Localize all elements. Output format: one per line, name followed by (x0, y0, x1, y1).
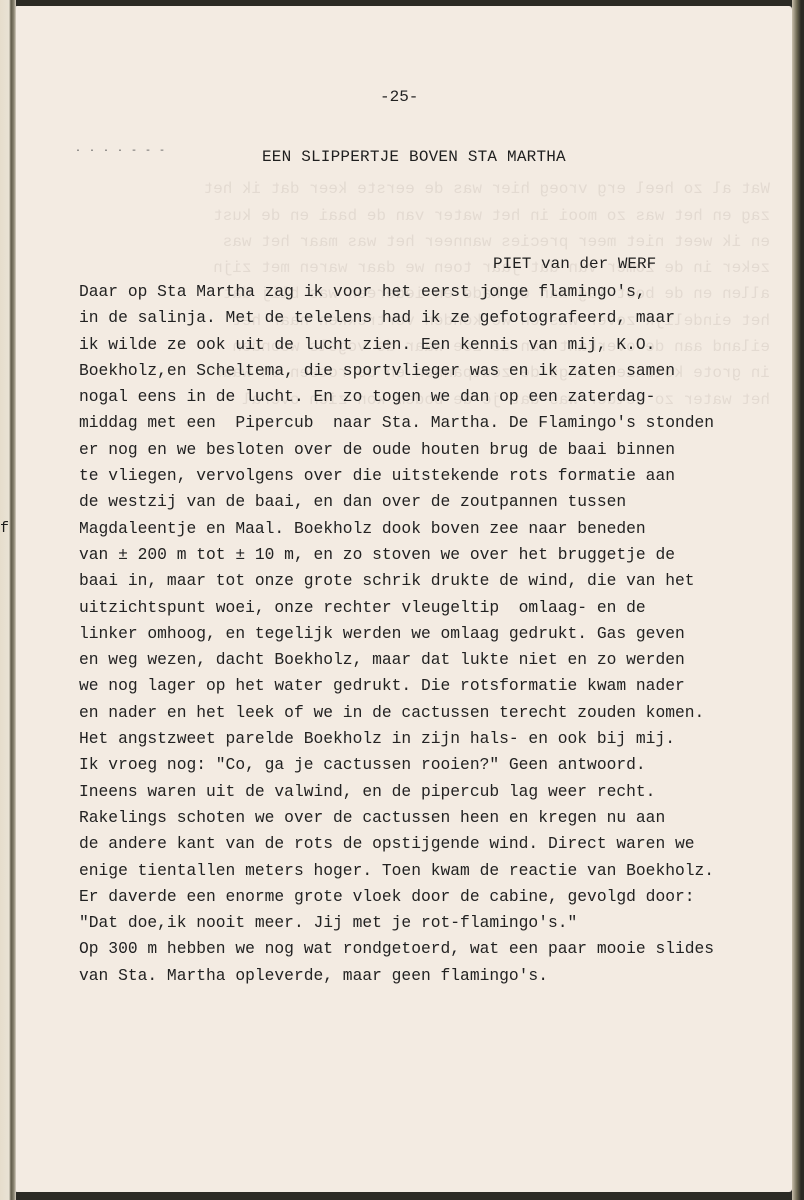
body-line: uitzichtspunt woei, onze rechter vleugel… (79, 595, 779, 621)
faint-dotted-mark: · · · · - - - (75, 146, 166, 157)
body-line: baai in, maar tot onze grote schrik druk… (79, 568, 779, 594)
body-line: de andere kant van de rots de opstijgend… (79, 831, 779, 857)
body-line: de westzij van de baai, en dan over de z… (79, 489, 779, 515)
body-line: Er daverde een enorme grote vloek door d… (79, 884, 779, 910)
body-line: en nader en het leek of we in de cactuss… (79, 700, 779, 726)
body-line: van Sta. Martha opleverde, maar geen fla… (79, 963, 779, 989)
body-line: Op 300 m hebben we nog wat rondgetoerd, … (79, 936, 779, 962)
body-line: Magdaleentje en Maal. Boekholz dook bove… (79, 516, 779, 542)
body-line: Ik vroeg nog: "Co, ga je cactussen rooie… (79, 752, 779, 778)
body-line: enige tientallen meters hoger. Toen kwam… (79, 858, 779, 884)
body-line: Boekholz,en Scheltema, die sportvlieger … (79, 358, 779, 384)
article-author: PIET van der WERF (493, 255, 656, 273)
page-number: -25- (380, 88, 418, 106)
body-line: ik wilde ze ook uit de lucht zien. Een k… (79, 332, 779, 358)
article-title: EEN SLIPPERTJE BOVEN STA MARTHA (262, 148, 566, 166)
body-line: nogal eens in de lucht. En zo togen we d… (79, 384, 779, 410)
body-line: we nog lager op het water gedrukt. Die r… (79, 673, 779, 699)
body-line: er nog en we besloten over de oude houte… (79, 437, 779, 463)
margin-mark: f (0, 520, 9, 537)
page-binding-edge (0, 0, 16, 1200)
body-line: van ± 200 m tot ± 10 m, en zo stoven we … (79, 542, 779, 568)
body-line: Daar op Sta Martha zag ik voor het eerst… (79, 279, 779, 305)
article-body: Daar op Sta Martha zag ik voor het eerst… (79, 279, 779, 989)
body-line: linker omhoog, en tegelijk werden we oml… (79, 621, 779, 647)
body-line: en weg wezen, dacht Boekholz, maar dat l… (79, 647, 779, 673)
body-line: "Dat doe,ik nooit meer. Jij met je rot-f… (79, 910, 779, 936)
body-line: in de salinja. Met de telelens had ik ze… (79, 305, 779, 331)
body-line: Ineens waren uit de valwind, en de piper… (79, 779, 779, 805)
page-right-edge (792, 0, 804, 1200)
body-line: Het angstzweet parelde Boekholz in zijn … (79, 726, 779, 752)
body-line: middag met een Pipercub naar Sta. Martha… (79, 410, 779, 436)
body-line: Rakelings schoten we over de cactussen h… (79, 805, 779, 831)
body-line: te vliegen, vervolgens over die uitsteke… (79, 463, 779, 489)
